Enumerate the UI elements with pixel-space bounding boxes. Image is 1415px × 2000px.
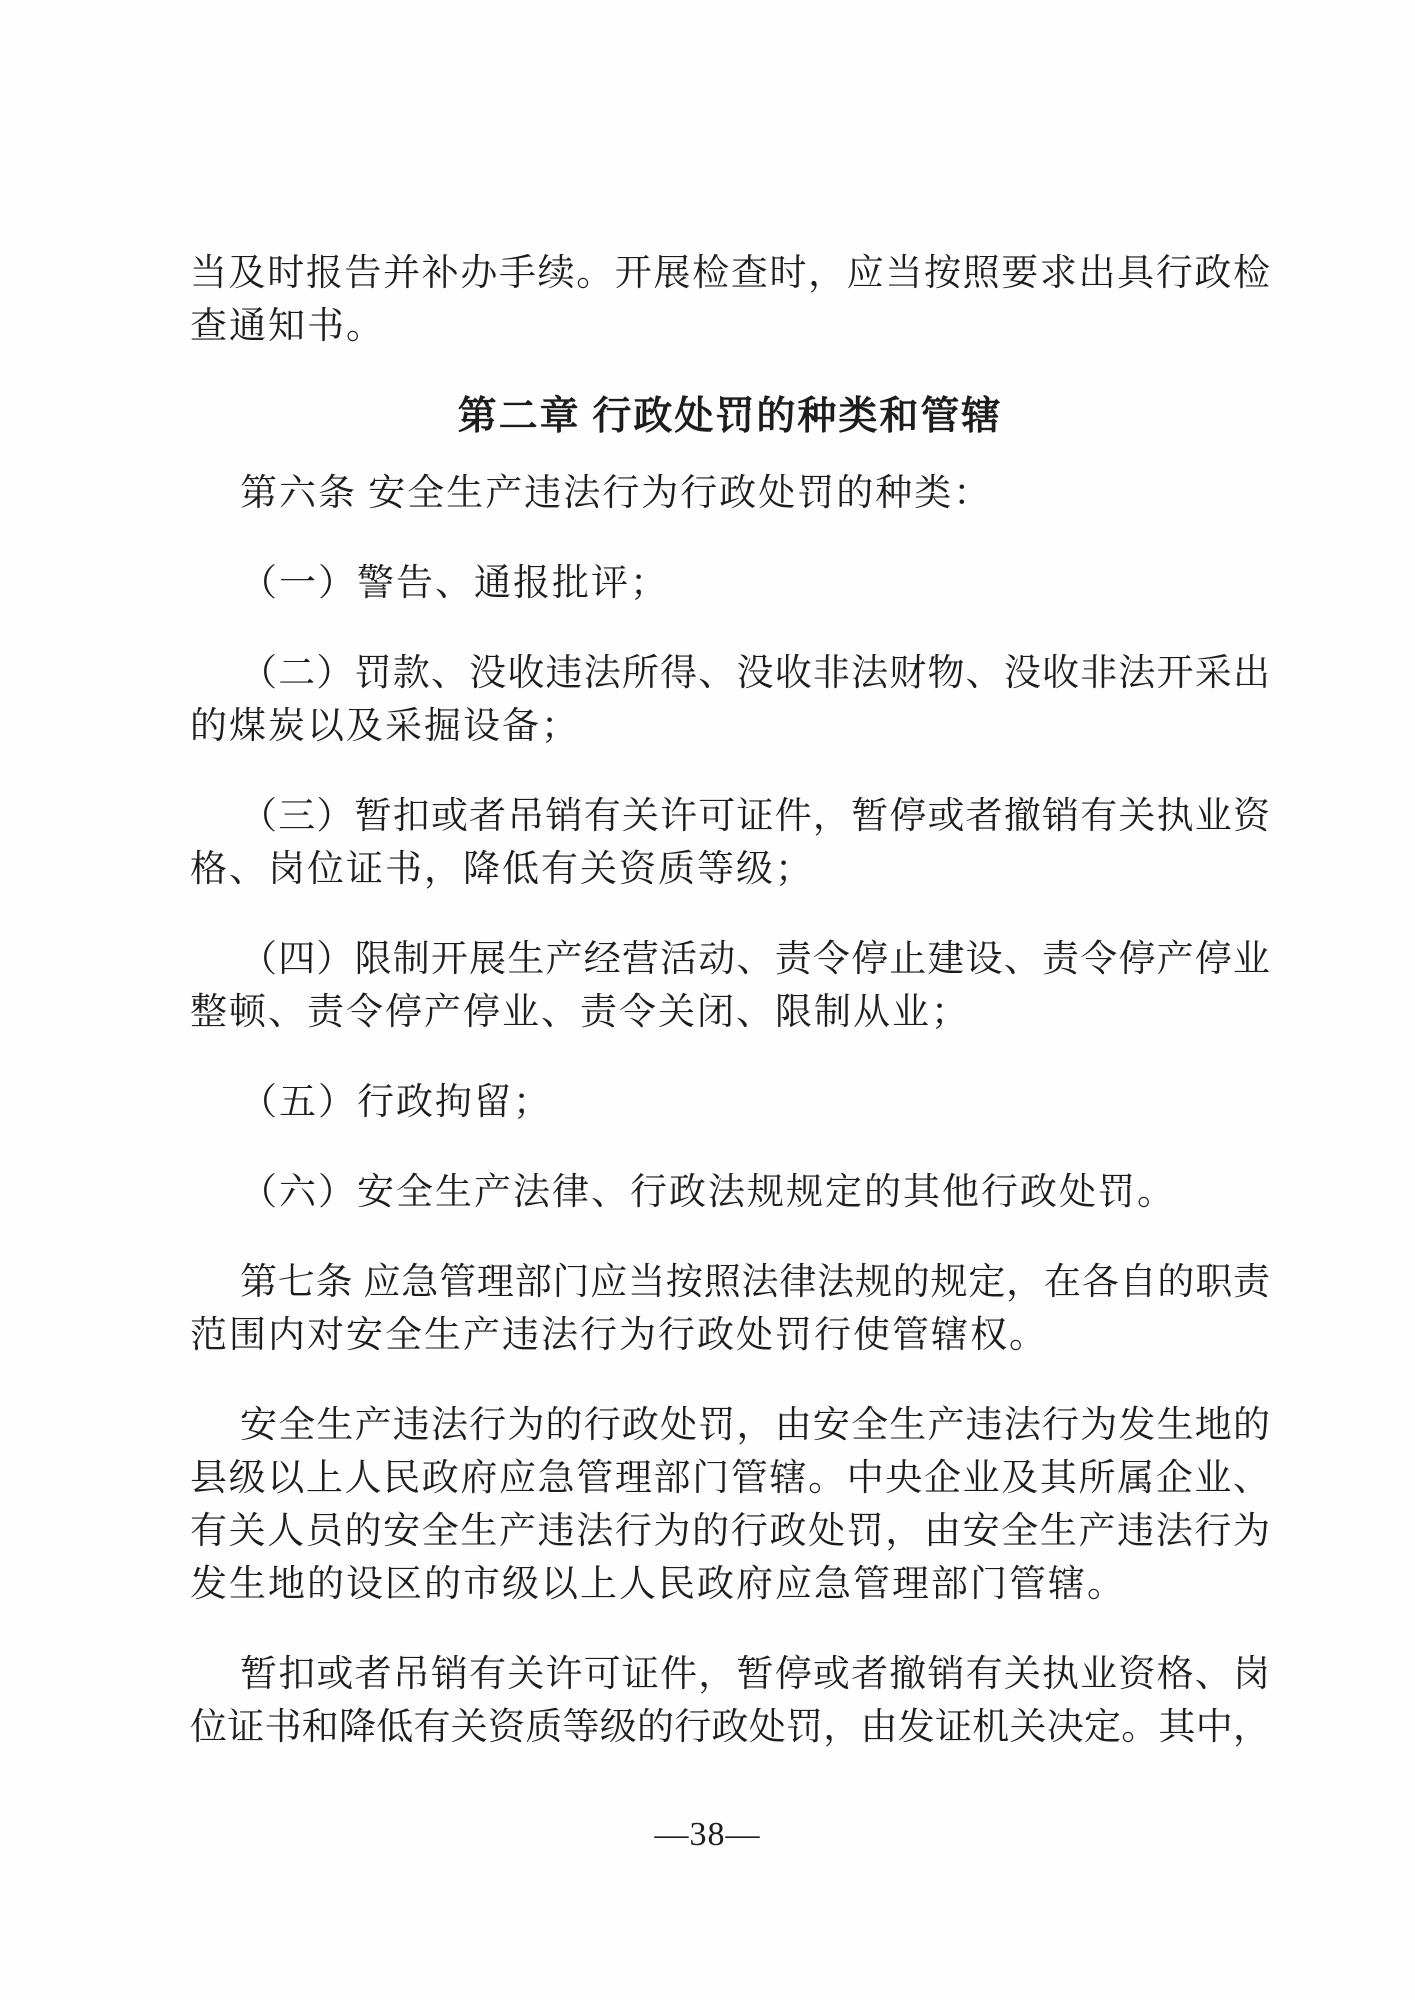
body-line: 范围内对安全生产违法行为行政处罚行使管辖权。: [190, 1309, 1270, 1362]
chapter-heading-block: 第二章 行政处罚的种类和管辖: [190, 390, 1270, 443]
body-line: （四）限制开展生产经营活动、责令停止建设、责令停产停业: [190, 933, 1270, 986]
chapter-heading: 第二章 行政处罚的种类和管辖: [190, 390, 1270, 443]
paragraph-article-7: 第七条 应急管理部门应当按照法律法规的规定，在各自的职责 范围内对安全生产违法行…: [190, 1256, 1270, 1362]
paragraph-article-6: 第六条 安全生产违法行为行政处罚的种类：: [190, 467, 1270, 520]
body-line: 整顿、责令停产停业、责令关闭、限制从业；: [190, 986, 1270, 1039]
paragraph-licence-authority: 暂扣或者吊销有关许可证件，暂停或者撤销有关执业资格、岗 位证书和降低有关资质等级…: [190, 1648, 1270, 1754]
body-line: 有关人员的安全生产违法行为的行政处罚，由安全生产违法行为: [190, 1505, 1270, 1558]
body-line: （五）行政拘留；: [190, 1076, 1270, 1129]
body-line: 当及时报告并补办手续。开展检查时，应当按照要求出具行政检: [190, 247, 1270, 300]
paragraph-jurisdiction: 安全生产违法行为的行政处罚，由安全生产违法行为发生地的 县级以上人民政府应急管理…: [190, 1399, 1270, 1611]
paragraph-item-5: （五）行政拘留；: [190, 1076, 1270, 1129]
body-line: （三）暂扣或者吊销有关许可证件，暂停或者撤销有关执业资: [190, 790, 1270, 843]
body-line: 查通知书。: [190, 300, 1270, 353]
body-line: （一）警告、通报批评；: [190, 557, 1270, 610]
paragraph-item-2: （二）罚款、没收违法所得、没收非法财物、没收非法开采出 的煤炭以及采掘设备；: [190, 647, 1270, 753]
document-body: 当及时报告并补办手续。开展检查时，应当按照要求出具行政检 查通知书。 第二章 行…: [190, 247, 1270, 1791]
page-number: —38—: [0, 1816, 1415, 1854]
paragraph-item-4: （四）限制开展生产经营活动、责令停止建设、责令停产停业 整顿、责令停产停业、责令…: [190, 933, 1270, 1039]
body-line: 第七条 应急管理部门应当按照法律法规的规定，在各自的职责: [190, 1256, 1270, 1309]
paragraph-item-1: （一）警告、通报批评；: [190, 557, 1270, 610]
body-line: 安全生产违法行为的行政处罚，由安全生产违法行为发生地的: [190, 1399, 1270, 1452]
paragraph-item-3: （三）暂扣或者吊销有关许可证件，暂停或者撤销有关执业资 格、岗位证书，降低有关资…: [190, 790, 1270, 896]
body-line: 格、岗位证书，降低有关资质等级；: [190, 843, 1270, 896]
body-line: （二）罚款、没收违法所得、没收非法财物、没收非法开采出: [190, 647, 1270, 700]
body-line: 位证书和降低有关资质等级的行政处罚，由发证机关决定。其中，: [190, 1701, 1270, 1754]
body-line: （六）安全生产法律、行政法规规定的其他行政处罚。: [190, 1166, 1270, 1219]
document-page: 当及时报告并补办手续。开展检查时，应当按照要求出具行政检 查通知书。 第二章 行…: [0, 0, 1415, 2000]
paragraph-item-6: （六）安全生产法律、行政法规规定的其他行政处罚。: [190, 1166, 1270, 1219]
body-line: 第六条 安全生产违法行为行政处罚的种类：: [190, 467, 1270, 520]
body-line: 发生地的设区的市级以上人民政府应急管理部门管辖。: [190, 1558, 1270, 1611]
body-line: 的煤炭以及采掘设备；: [190, 700, 1270, 753]
body-line: 暂扣或者吊销有关许可证件，暂停或者撤销有关执业资格、岗: [190, 1648, 1270, 1701]
body-line: 县级以上人民政府应急管理部门管辖。中央企业及其所属企业、: [190, 1452, 1270, 1505]
paragraph-continuation: 当及时报告并补办手续。开展检查时，应当按照要求出具行政检 查通知书。: [190, 247, 1270, 353]
